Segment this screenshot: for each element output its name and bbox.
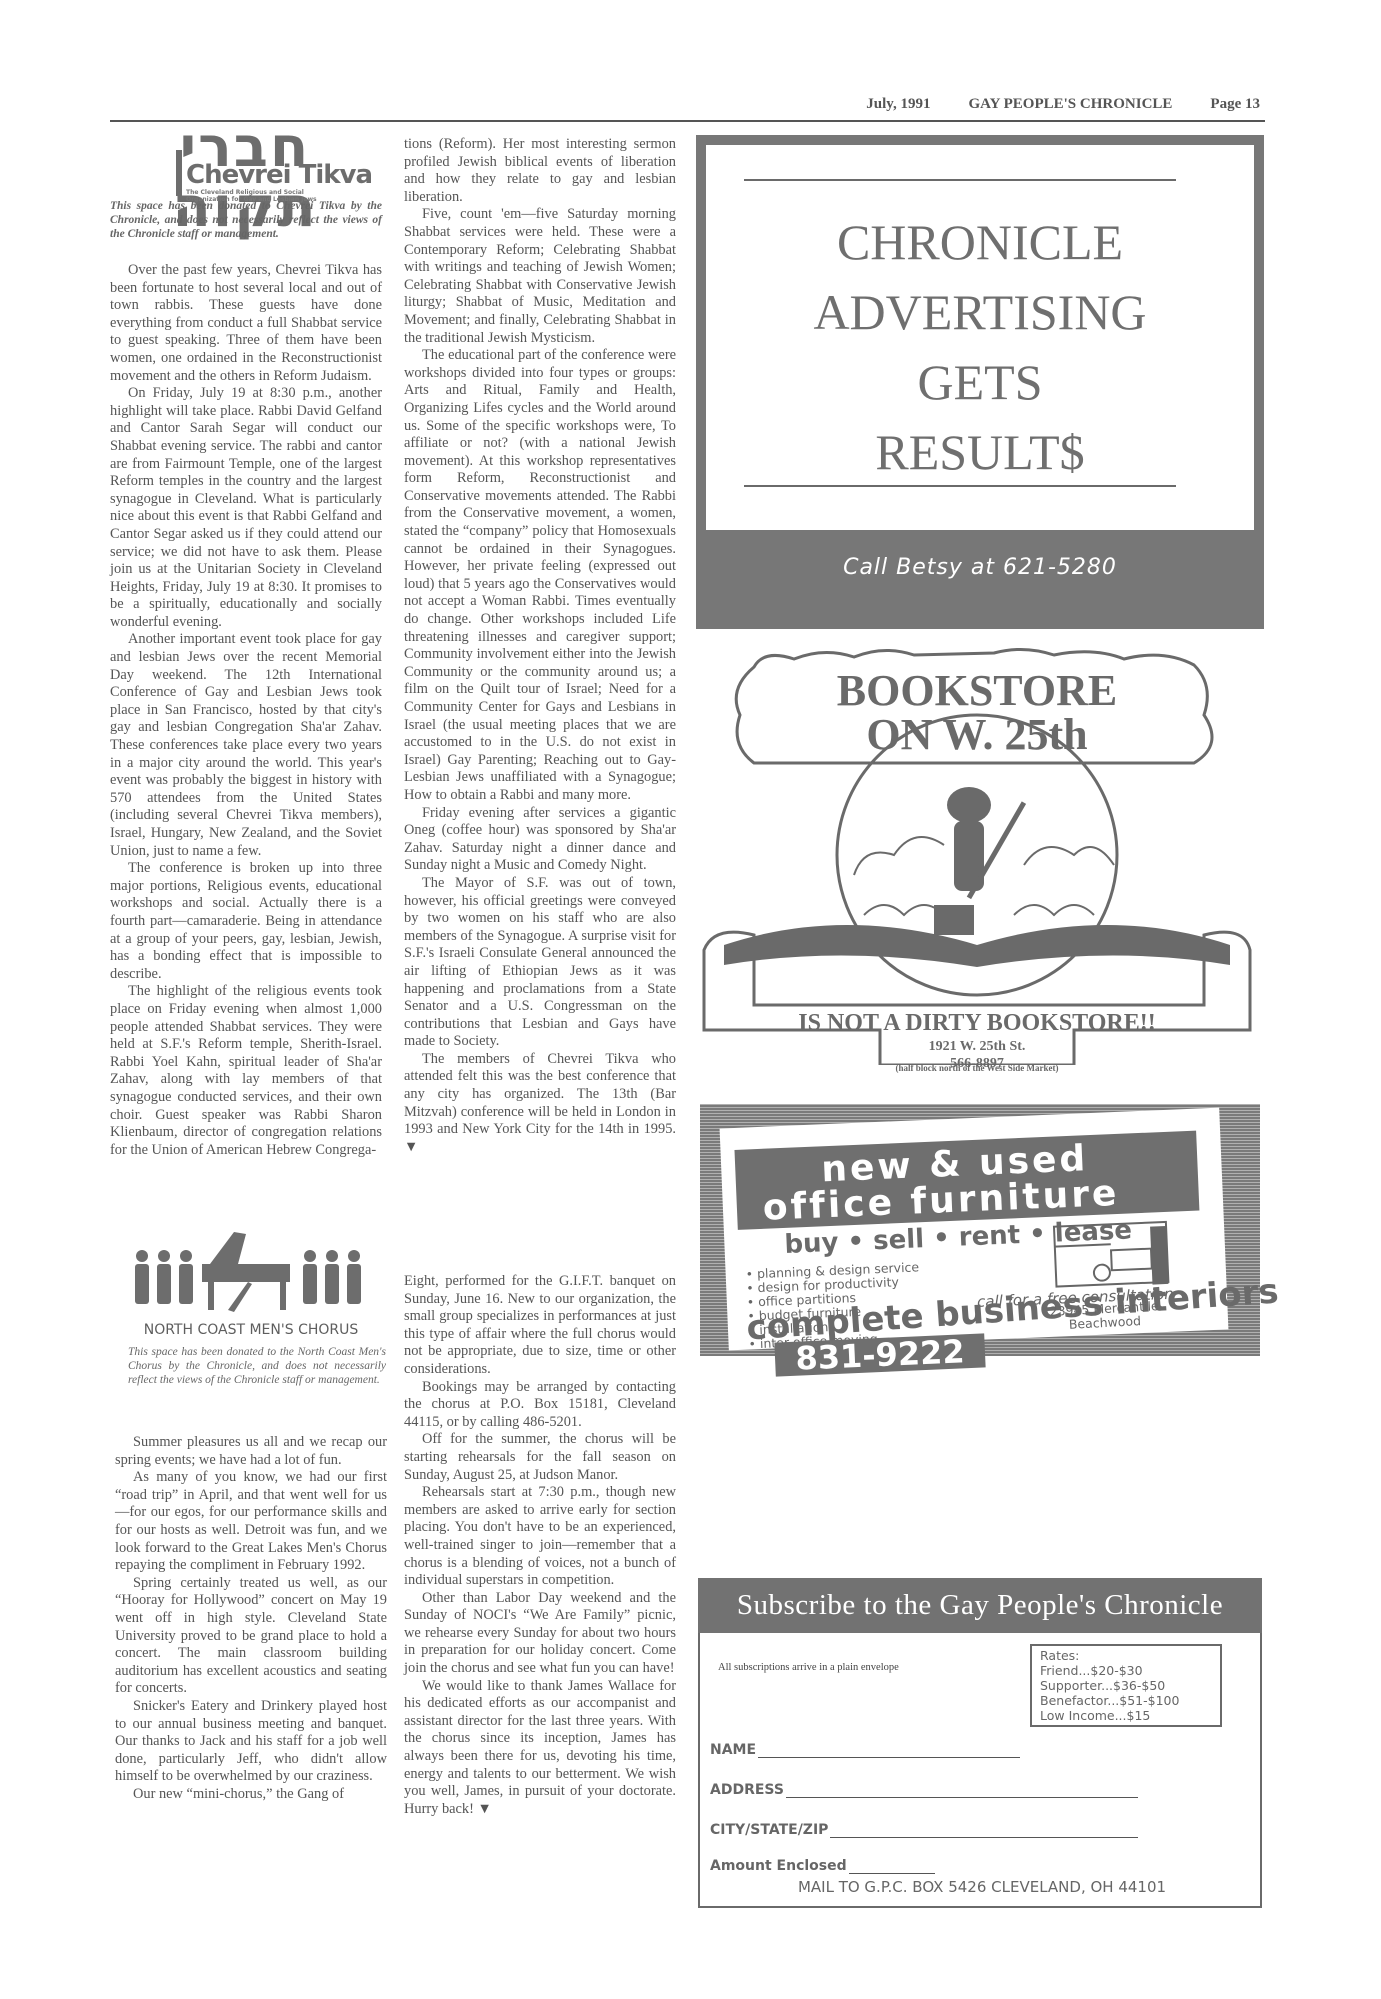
ad-headline-line: CHRONICLE (706, 207, 1254, 277)
ad-headline-line: ADVERTISING (706, 277, 1254, 347)
article-paragraph: On Friday, July 19 at 8:30 p.m., another… (110, 385, 382, 631)
chorus-disclaimer: This space has been donated to the North… (128, 1345, 386, 1387)
bookstore-tagline: IS NOT A DIRTY BOOKSTORE!! (694, 1010, 1260, 1037)
article-paragraph: Summer pleasures us all and we recap our… (115, 1434, 387, 1469)
article-paragraph: Over the past few years, Chevrei Tikva h… (110, 262, 382, 385)
article-paragraph: The educational part of the conference w… (404, 347, 676, 804)
article-paragraph: Another important event took place for g… (110, 631, 382, 860)
subscription-heading: Subscribe to the Gay People's Chronicle (698, 1578, 1262, 1633)
furniture-address: 23945 Mercantile Beachwood (1049, 1299, 1159, 1333)
subscription-form: Subscribe to the Gay People's Chronicle … (698, 1578, 1262, 1908)
subscription-rates: Rates: Friend...$20-$30 Supporter...$36-… (1030, 1644, 1222, 1727)
rate-item: Friend...$20-$30 (1040, 1663, 1212, 1678)
chevrei-tikva-logo-name: Chevrei Tikva (186, 160, 372, 190)
article-paragraph: Eight, performed for the G.I.F.T. banque… (404, 1273, 676, 1379)
article-paragraph: We would like to thank James Wallace for… (404, 1678, 676, 1819)
article-paragraph: Rehearsals start at 7:30 p.m., though ne… (404, 1484, 676, 1590)
chorus-piano-logo-icon (130, 1230, 370, 1318)
ad-panel: CHRONICLE ADVERTISING GETS RESULT$ (706, 145, 1254, 530)
ad-headline-line: RESULT$ (706, 417, 1254, 487)
subscription-note: All subscriptions arrive in a plain enve… (718, 1662, 899, 1673)
ad-contact: Call Betsy at 621-5280 (696, 555, 1264, 580)
ad-headline-line: GETS (706, 347, 1254, 417)
ad-headline: CHRONICLE ADVERTISING GETS RESULT$ (706, 207, 1254, 487)
rate-item: Supporter...$36-$50 (1040, 1678, 1212, 1693)
furniture-phone: 831-9222 (774, 1333, 985, 1376)
article-paragraph: Off for the summer, the chorus will be s… (404, 1431, 676, 1484)
article-paragraph: Other than Labor Day weekend and the Sun… (404, 1590, 676, 1678)
chevrei-tikva-column-1: Over the past few years, Chevrei Tikva h… (110, 262, 382, 1159)
amount-label: Amount Enclosed (710, 1858, 847, 1874)
page-header: July, 1991 GAY PEOPLE'S CHRONICLE Page 1… (420, 96, 1260, 120)
article-paragraph: Five, count 'em—five Saturday morning Sh… (404, 206, 676, 347)
city-state-zip-field[interactable]: CITY/STATE/ZIP (710, 1822, 1138, 1838)
name-input-line[interactable] (758, 1745, 1020, 1758)
bookstore-ad: BOOKSTORE ON W. 25th IS NOT A DIRTY BOOK… (694, 645, 1260, 1065)
amount-input-line[interactable] (849, 1861, 935, 1874)
address-label: ADDRESS (710, 1782, 784, 1798)
rate-item: Benefactor...$51-$100 (1040, 1693, 1212, 1708)
chorus-logo-title: NORTH COAST MEN'S CHORUS (126, 1322, 376, 1338)
article-paragraph: Bookings may be arranged by contacting t… (404, 1379, 676, 1432)
mailing-address: MAIL TO G.P.C. BOX 5426 CLEVELAND, OH 44… (700, 1878, 1264, 1896)
chevrei-tikva-disclaimer: This space has been donated to Chevrei T… (110, 199, 382, 241)
bookstore-title: BOOKSTORE ON W. 25th (694, 669, 1260, 757)
article-paragraph: The highlight of the religious events to… (110, 983, 382, 1159)
bookstore-directions: (half block north of the West Side Marke… (694, 1063, 1260, 1073)
name-field[interactable]: NAME (710, 1742, 1020, 1758)
article-paragraph: As many of you know, we had our first “r… (115, 1469, 387, 1575)
article-paragraph: Our new “mini-chorus,” the Gang of (115, 1786, 387, 1804)
logo-bar (176, 150, 182, 196)
chronicle-advertising-ad: CHRONICLE ADVERTISING GETS RESULT$ Call … (696, 135, 1264, 629)
name-label: NAME (710, 1742, 756, 1758)
article-paragraph: The Mayor of S.F. was out of town, howev… (404, 875, 676, 1051)
publication-name: GAY PEOPLE'S CHRONICLE (968, 96, 1172, 120)
page-number: Page 13 (1210, 96, 1260, 120)
chorus-column-1: Summer pleasures us all and we recap our… (115, 1434, 387, 1803)
rates-title: Rates: (1040, 1648, 1212, 1663)
rate-item: Low Income...$15 (1040, 1708, 1212, 1723)
address-field[interactable]: ADDRESS (710, 1782, 1138, 1798)
issue-date: July, 1991 (866, 96, 930, 120)
chevrei-tikva-column-2: tions (Reform). Her most interesting ser… (404, 136, 676, 1156)
article-paragraph: The conference is broken up into three m… (110, 860, 382, 983)
ad-rule (744, 179, 1176, 181)
article-paragraph: The members of Chevrei Tikva who attende… (404, 1051, 676, 1157)
article-paragraph: Friday evening after services a gigantic… (404, 805, 676, 875)
city-input-line[interactable] (830, 1825, 1138, 1838)
logo-subtitle-line: The Cleveland Religious and Social (186, 189, 356, 196)
article-paragraph: tions (Reform). Her most interesting ser… (404, 136, 676, 206)
city-label: CITY/STATE/ZIP (710, 1822, 828, 1838)
grand-piano-icon (202, 1232, 290, 1312)
bookstore-title-line: ON W. 25th (694, 713, 1260, 757)
article-paragraph: Snicker's Eatery and Drinkery played hos… (115, 1698, 387, 1786)
chorus-column-2: Eight, performed for the G.I.F.T. banque… (404, 1273, 676, 1818)
address-input-line[interactable] (786, 1785, 1138, 1798)
bookstore-title-line: BOOKSTORE (694, 669, 1260, 713)
bookstore-address: 1921 W. 25th St. (694, 1038, 1260, 1055)
article-paragraph: Spring certainly treated us well, as our… (115, 1575, 387, 1698)
ad-rule (744, 485, 1176, 487)
amount-field[interactable]: Amount Enclosed (710, 1858, 935, 1874)
